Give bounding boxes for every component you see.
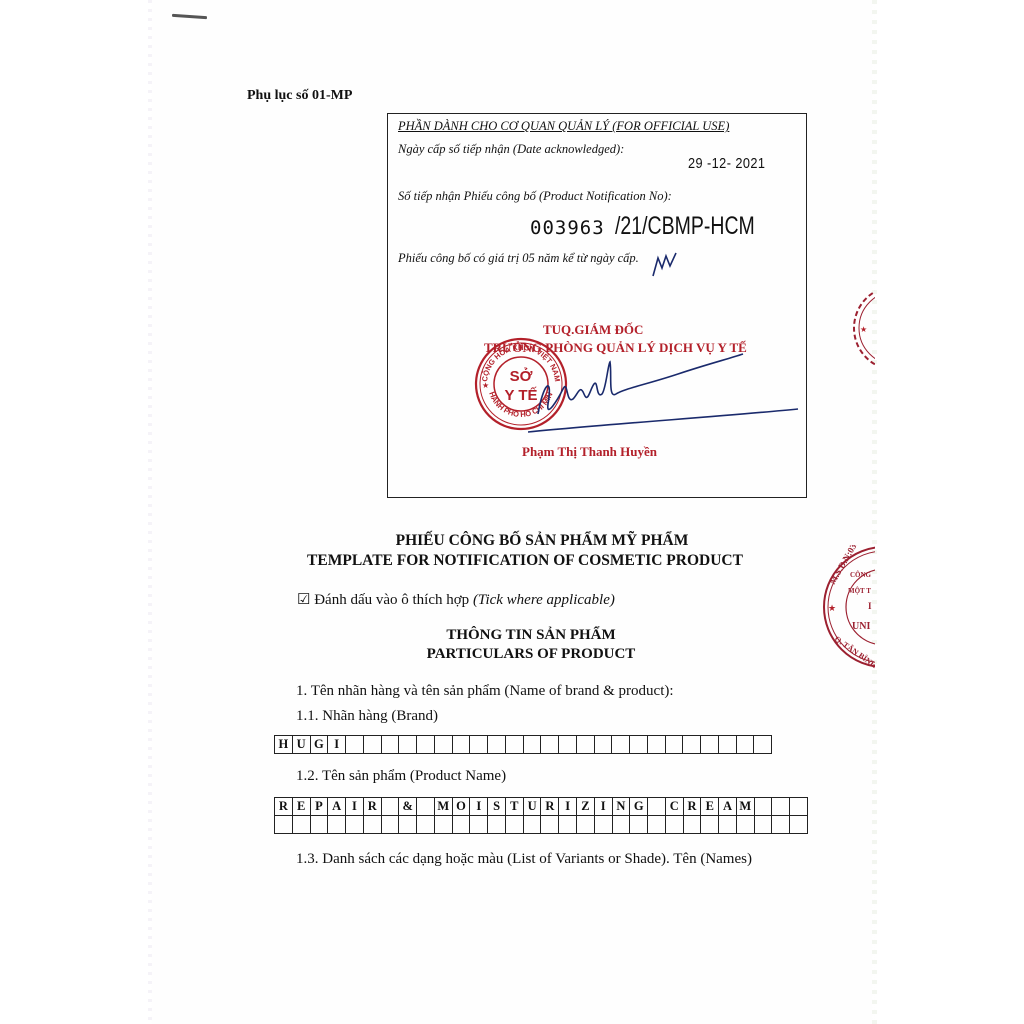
letter-box	[417, 798, 435, 816]
brand-letter-grid: HUGI	[274, 735, 772, 754]
letter-box	[506, 736, 524, 754]
letter-box	[755, 816, 773, 834]
letter-box	[541, 736, 559, 754]
notification-number-value: 003963/21/CBMP-HCM	[530, 212, 794, 241]
letter-box	[524, 816, 542, 834]
letter-box: I	[346, 798, 364, 816]
letter-box	[559, 816, 577, 834]
letter-box: R	[275, 798, 293, 816]
letter-box: G	[630, 798, 648, 816]
date-acknowledged-value: 29 -12- 2021	[688, 155, 765, 172]
letter-box	[470, 816, 488, 834]
letter-box	[524, 736, 542, 754]
letter-box	[541, 816, 559, 834]
letter-box	[506, 816, 524, 834]
letter-box: U	[293, 736, 311, 754]
letter-box	[435, 736, 453, 754]
letter-box	[382, 816, 400, 834]
initials-mark-icon	[650, 248, 680, 278]
letter-box: I	[328, 736, 346, 754]
letter-box: O	[453, 798, 471, 816]
svg-text:★: ★	[860, 325, 867, 334]
page-edge-right	[872, 0, 877, 1024]
item-1-2-label: 1.2. Tên sản phẩm (Product Name)	[296, 768, 506, 785]
letter-box: N	[613, 798, 631, 816]
svg-text:Q. TÂN BÌNH: Q. TÂN BÌNH	[833, 633, 875, 670]
letter-box	[453, 736, 471, 754]
item-1-1-label: 1.1. Nhãn hàng (Brand)	[296, 708, 438, 725]
letter-box	[453, 816, 471, 834]
letter-box: G	[311, 736, 329, 754]
partial-seal-icon: ★	[850, 282, 875, 374]
letter-box: H	[275, 736, 293, 754]
letter-box	[382, 736, 400, 754]
letter-box	[470, 736, 488, 754]
letter-box	[399, 816, 417, 834]
official-use-box: PHẦN DÀNH CHO CƠ QUAN QUẢN LÝ (FOR OFFIC…	[387, 113, 807, 498]
letter-box	[595, 816, 613, 834]
letter-box	[684, 816, 702, 834]
letter-box: A	[719, 798, 737, 816]
letter-box	[293, 816, 311, 834]
checked-checkbox-icon: ☑	[297, 592, 310, 608]
letter-box	[577, 736, 595, 754]
letter-box	[648, 798, 666, 816]
letter-box	[612, 736, 630, 754]
letter-box: T	[506, 798, 524, 816]
appendix-label: Phụ lục số 01-MP	[247, 88, 352, 104]
letter-box: M	[737, 798, 755, 816]
letter-box: &	[399, 798, 417, 816]
letter-box	[737, 816, 755, 834]
letter-box: I	[595, 798, 613, 816]
letter-box: M	[435, 798, 453, 816]
letter-box	[346, 816, 364, 834]
letter-box	[488, 736, 506, 754]
tick-instruction-en: (Tick where applicable)	[473, 592, 615, 608]
letter-box	[417, 736, 435, 754]
svg-text:★: ★	[482, 381, 489, 390]
letter-box: S	[488, 798, 506, 816]
tick-instruction: ☑ Đánh dấu vào ô thích hợp (Tick where a…	[297, 590, 615, 609]
svg-text:MỘT T: MỘT T	[848, 587, 871, 595]
letter-box	[772, 798, 790, 816]
letter-box	[683, 736, 701, 754]
letter-box: R	[364, 798, 382, 816]
item-1-label: 1. Tên nhãn hàng và tên sản phẩm (Name o…	[296, 683, 674, 700]
letter-box: E	[293, 798, 311, 816]
company-seal-right: ★ M.S.D.N:031472 CÔNG MỘT T I UNI Q. TÂN…	[820, 545, 875, 670]
letter-box	[754, 736, 772, 754]
letter-box	[737, 736, 755, 754]
letter-box	[630, 816, 648, 834]
letter-box	[435, 816, 453, 834]
letter-box	[488, 816, 506, 834]
letter-box: I	[470, 798, 488, 816]
letter-box: Z	[577, 798, 595, 816]
letter-box	[630, 736, 648, 754]
letter-box	[648, 736, 666, 754]
official-use-title: PHẦN DÀNH CHO CƠ QUAN QUẢN LÝ (FOR OFFIC…	[398, 119, 729, 134]
letter-box	[790, 798, 808, 816]
letter-box	[701, 736, 719, 754]
date-acknowledged-label: Ngày cấp số tiếp nhận (Date acknowledged…	[398, 142, 624, 157]
letter-box	[364, 816, 382, 834]
svg-text:CÔNG: CÔNG	[850, 571, 872, 579]
letter-box	[613, 816, 631, 834]
svg-text:★: ★	[828, 603, 836, 613]
notification-number-label: Số tiếp nhận Phiếu công bố (Product Noti…	[398, 189, 672, 204]
letter-box	[666, 816, 684, 834]
letter-box	[755, 798, 773, 816]
svg-text:I: I	[868, 601, 872, 611]
notification-suffix: /21/CBMP-HCM	[615, 212, 755, 241]
letter-box	[559, 736, 577, 754]
letter-box: I	[559, 798, 577, 816]
letter-box	[790, 816, 808, 834]
item-1-3-label: 1.3. Danh sách các dạng hoặc màu (List o…	[296, 851, 752, 868]
partial-seal-right-top: ★	[850, 282, 875, 374]
letter-box	[382, 798, 400, 816]
letter-box: A	[328, 798, 346, 816]
tick-instruction-vi: Đánh dấu vào ô thích hợp	[314, 592, 469, 608]
letter-box	[346, 736, 364, 754]
letter-box	[666, 736, 684, 754]
letter-box	[577, 816, 595, 834]
letter-box: E	[701, 798, 719, 816]
letter-box: P	[311, 798, 329, 816]
signatory-name: Phạm Thị Thanh Huyền	[522, 444, 657, 460]
company-seal-icon: ★ M.S.D.N:031472 CÔNG MỘT T I UNI Q. TÂN…	[820, 545, 875, 670]
letter-box	[772, 816, 790, 834]
letter-box	[311, 816, 329, 834]
validity-text: Phiếu công bố có giá trị 05 năm kể từ ng…	[398, 251, 639, 266]
letter-box: R	[684, 798, 702, 816]
letter-box	[719, 816, 737, 834]
letter-box	[328, 816, 346, 834]
letter-box	[595, 736, 613, 754]
letter-box	[275, 816, 293, 834]
letter-box	[399, 736, 417, 754]
letter-box	[701, 816, 719, 834]
letter-box	[719, 736, 737, 754]
letter-box: R	[541, 798, 559, 816]
product-name-letter-grid: REPAIR&MOISTURIZINGCREAM	[274, 797, 808, 834]
svg-text:UNI: UNI	[852, 621, 870, 632]
page-edge-left	[148, 0, 152, 1024]
notification-number: 003963	[530, 217, 605, 239]
letter-box: C	[666, 798, 684, 816]
letter-box	[417, 816, 435, 834]
handwritten-signature-icon	[528, 344, 808, 444]
letter-box: U	[524, 798, 542, 816]
letter-box	[648, 816, 666, 834]
letter-box	[364, 736, 382, 754]
